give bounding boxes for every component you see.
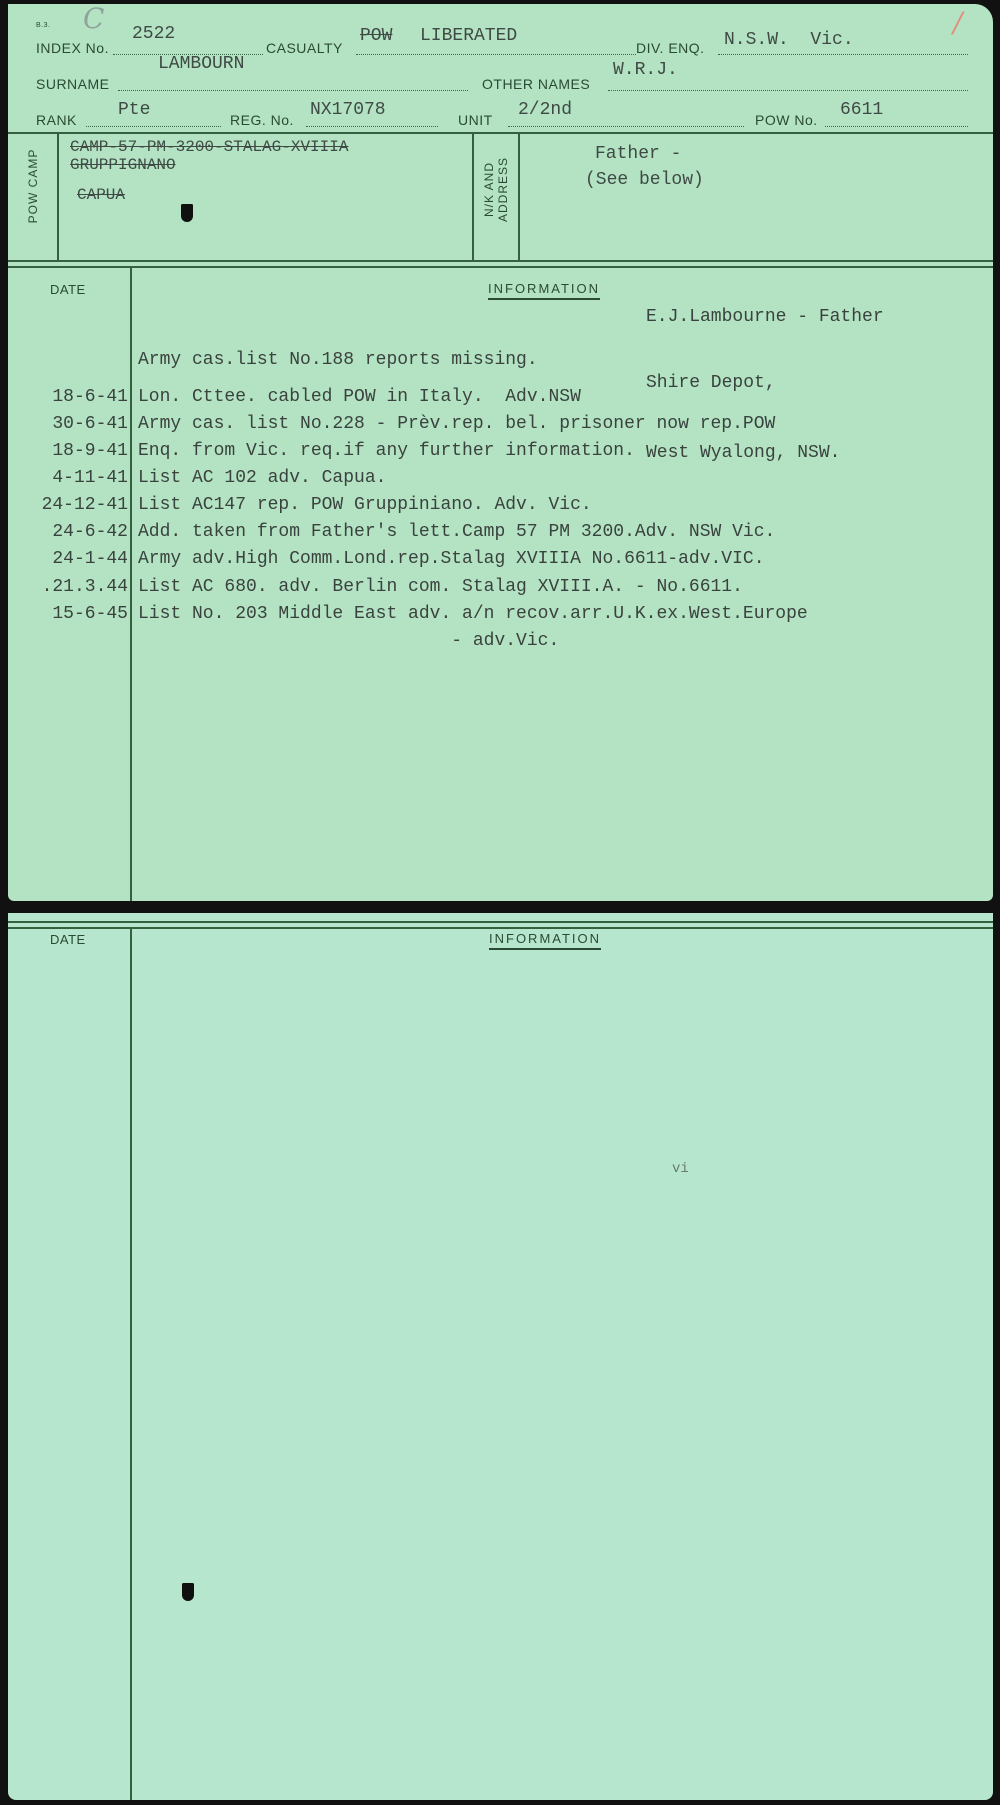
unit-value: 2/2nd (518, 100, 572, 120)
address-block: E.J.Lambourne - Father Shire Depot, West… (646, 262, 884, 508)
entry-date: 24-1-44 (8, 549, 128, 569)
handwritten-mark: C (83, 2, 104, 35)
entry-info: Army adv.High Comm.Lond.rep.Stalag XVIII… (138, 549, 765, 569)
nk-label-line-1: N/K AND (482, 162, 496, 217)
divider-top (8, 132, 993, 134)
nk-line-1: Father - (595, 144, 681, 164)
back-date-header: DATE (50, 932, 86, 947)
entry-info: Army cas.list No.188 reports missing. (138, 350, 538, 370)
rank-label: RANK (36, 112, 77, 128)
rank-dotline (86, 126, 221, 127)
nk-label-line-2: ADDRESS (496, 157, 510, 222)
rank-value: Pte (118, 100, 150, 120)
pow-camp-label: POW CAMP (26, 136, 40, 236)
punch-hole-icon (182, 1583, 194, 1601)
entry-info: List No. 203 Middle East adv. a/n recov.… (138, 604, 808, 624)
entry-date: 18-6-41 (8, 387, 128, 407)
pow-no-dotline (825, 126, 968, 127)
divider-date-col (130, 266, 132, 901)
other-names-dotline (608, 90, 968, 91)
entry-date: 18-9-41 (8, 441, 128, 461)
pow-camp-line-1: CAMP-57-PM-3200-STALAG-XVIIIA (70, 138, 348, 156)
punch-hole-icon (181, 204, 193, 222)
entry-date: .21.3.44 (8, 577, 128, 597)
other-names-label: OTHER NAMES (482, 76, 590, 92)
index-label: INDEX No. (36, 40, 109, 56)
entry-info: Enq. from Vic. req.if any further inform… (138, 441, 635, 461)
pow-no-label: POW No. (755, 112, 818, 128)
back-divider-1 (8, 921, 993, 923)
entry-info: Army cas. list No.228 - Prèv.rep. bel. p… (138, 414, 775, 434)
reg-no-label: REG. No. (230, 112, 294, 128)
entry-info: List AC147 rep. POW Gruppiniano. Adv. Vi… (138, 495, 592, 515)
divider-camp-label (57, 132, 59, 260)
divider-nk-label (518, 132, 520, 260)
index-value: 2522 (132, 24, 175, 44)
stray-mark: vi (672, 1161, 689, 1177)
entry-date: 15-6-45 (8, 604, 128, 624)
other-names-value: W.R.J. (613, 60, 678, 80)
address-line-1: E.J.Lambourne - Father (646, 306, 884, 328)
address-line-2: Shire Depot, (646, 372, 884, 394)
entry-info: List AC 680. adv. Berlin com. Stalag XVI… (138, 577, 743, 597)
entry-date: 4-11-41 (8, 468, 128, 488)
form-code: B.3. (36, 22, 50, 29)
casualty-label: CASUALTY (266, 40, 343, 56)
casualty-dotline (356, 54, 636, 55)
surname-value: LAMBOURN (158, 54, 244, 74)
entry-date: 24-12-41 (8, 495, 128, 515)
reg-no-dotline (306, 126, 438, 127)
back-divider-2 (8, 927, 993, 929)
nk-line-2: (See below) (585, 170, 704, 190)
div-enq-value: N.S.W. Vic. (724, 30, 854, 50)
back-divider-date-col (130, 927, 132, 1800)
index-card-front: B.3. C / INDEX No. 2522 CASUALTY POW LIB… (8, 4, 993, 901)
pow-camp-line-3: CAPUA (77, 186, 125, 204)
unit-label: UNIT (458, 112, 493, 128)
div-enq-label: DIV. ENQ. (636, 40, 705, 56)
surname-label: SURNAME (36, 76, 110, 92)
entry-info: - adv.Vic. (138, 631, 559, 651)
pow-camp-line-2: GRUPPIGNANO (70, 156, 176, 174)
corner-mark: / (953, 6, 962, 39)
unit-dotline (508, 126, 744, 127)
date-header: DATE (50, 282, 86, 297)
entry-info: Lon. Cttee. cabled POW in Italy. Adv.NSW (138, 387, 581, 407)
casualty-value: LIBERATED (420, 26, 517, 46)
index-card-back: DATE INFORMATION vi (8, 913, 993, 1800)
surname-dotline (118, 90, 468, 91)
information-header: INFORMATION (488, 281, 600, 300)
nk-address-label: N/K AND ADDRESS (482, 142, 510, 237)
pow-no-value: 6611 (840, 100, 883, 120)
entry-info: Add. taken from Father's lett.Camp 57 PM… (138, 522, 775, 542)
entry-date: 24-6-42 (8, 522, 128, 542)
casualty-struck: POW (360, 26, 392, 46)
reg-no-value: NX17078 (310, 100, 386, 120)
entry-info: List AC 102 adv. Capua. (138, 468, 386, 488)
entry-date: 30-6-41 (8, 414, 128, 434)
address-line-3: West Wyalong, NSW. (646, 442, 884, 464)
div-enq-dotline (718, 54, 968, 55)
divider-camp-content (472, 132, 474, 260)
back-information-header: INFORMATION (489, 931, 601, 950)
